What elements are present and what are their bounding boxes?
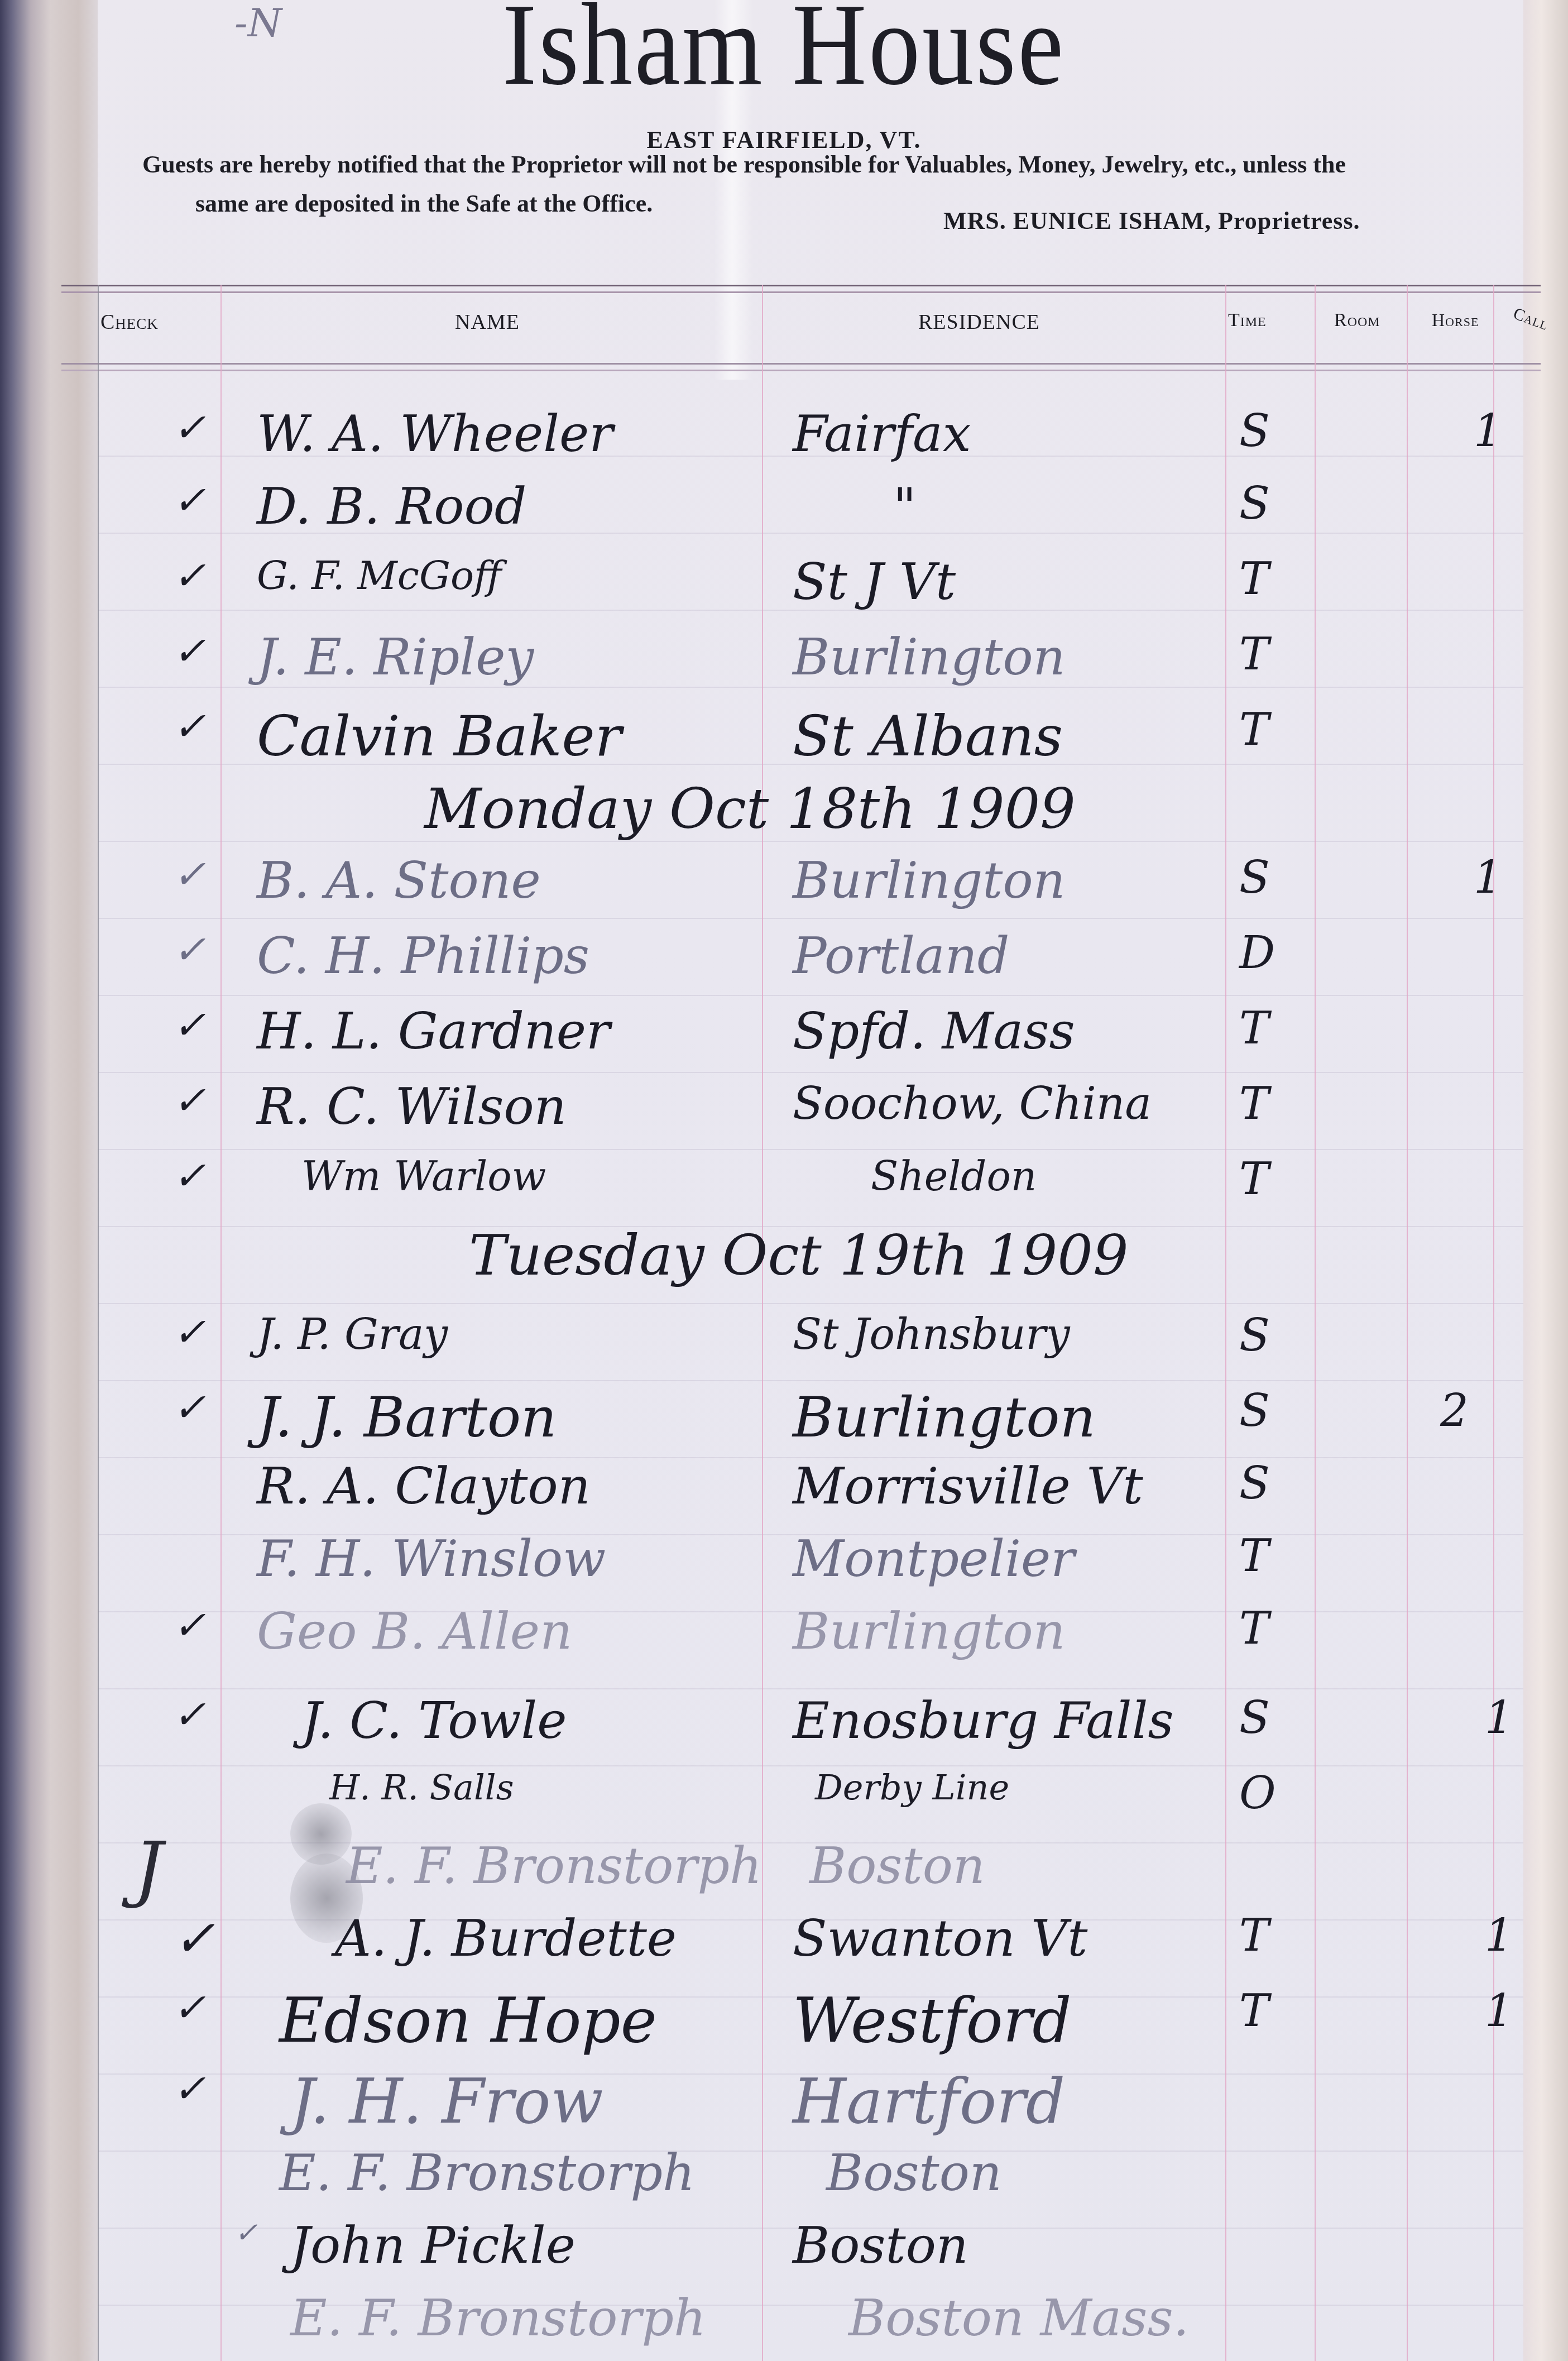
register-entry: ✓ Wm Warlow Sheldon T: [0, 1153, 1568, 1229]
guest-residence: Montpelier: [793, 1530, 1075, 1588]
arrival-time: S: [1239, 1385, 1270, 1436]
arrival-time: T: [1239, 1909, 1269, 1961]
guest-name: Edson Hope: [279, 1985, 657, 2056]
register-entry: ✓ J. P. Gray St Johnsbury S: [0, 1309, 1568, 1385]
column-header-name: NAME: [455, 310, 520, 334]
guest-name: B. A. Stone: [257, 851, 541, 910]
guest-residence: St Albans: [793, 703, 1063, 769]
arrival-time: S: [1239, 477, 1270, 529]
guest-name: G. F. McGoff: [257, 553, 502, 598]
arrival-time: T: [1239, 1602, 1269, 1654]
guest-residence: Soochow, China: [793, 1077, 1152, 1129]
arrival-time: S: [1239, 1309, 1270, 1361]
date-heading: Tuesday Oct 19th 1909: [469, 1223, 1129, 1288]
guest-name: J. E. Ripley: [257, 628, 534, 687]
register-entry: ✓ R. C. Wilson Soochow, China T: [0, 1077, 1568, 1153]
guest-residence: ": [893, 477, 916, 536]
column-header-residence: RESIDENCE: [918, 310, 1040, 334]
guest-name: E. F. Bronstorph: [346, 1837, 762, 1895]
arrival-time: S: [1239, 851, 1270, 903]
register-entry: E. F. Bronstorph Boston: [0, 2144, 1568, 2220]
guest-name: Geo B. Allen: [257, 1602, 572, 1661]
horse-count: 1: [1485, 1909, 1513, 1961]
horse-count: 1: [1474, 405, 1502, 457]
arrival-time: D: [1239, 927, 1275, 979]
arrival-time: S: [1239, 1457, 1270, 1509]
check-mark: ✓: [173, 2066, 206, 2111]
guest-residence: St J Vt: [793, 553, 956, 611]
arrival-time: T: [1239, 1153, 1269, 1205]
column-header-room: Room: [1334, 310, 1380, 331]
header-rule-top: [61, 285, 1541, 293]
guest-residence: Burlington: [793, 851, 1066, 910]
register-entry: ✓ B. A. Stone Burlington S 1: [0, 851, 1568, 927]
guest-residence: Burlington: [793, 1602, 1066, 1661]
check-mark: ✓: [173, 703, 206, 749]
check-mark: ✓: [173, 1077, 206, 1123]
guest-residence: Portland: [793, 927, 1009, 985]
guest-residence: Westford: [793, 1985, 1072, 2056]
check-mark: ✓: [173, 1385, 206, 1430]
guest-name: R. C. Wilson: [257, 1077, 567, 1136]
register-entry: E. F. Bronstorph Boston: [0, 1837, 1568, 1913]
arrival-time: T: [1239, 703, 1269, 755]
check-mark: ✓: [173, 1692, 206, 1737]
register-entry: ✓ W. A. Wheeler Fairfax S 1: [0, 405, 1568, 481]
check-mark: ✓: [173, 851, 206, 897]
arrival-time: T: [1239, 553, 1269, 605]
register-entry: ✓ J. J. Barton Burlington S 2: [0, 1385, 1568, 1460]
register-entry: ✓ C. H. Phillips Portland D: [0, 927, 1568, 1003]
guest-name: J. C. Towle: [301, 1692, 567, 1750]
guest-residence: Derby Line: [815, 1767, 1009, 1808]
check-mark: ✓: [173, 1309, 206, 1355]
arrival-time: S: [1239, 1692, 1270, 1744]
check-mark: ✓: [173, 628, 206, 674]
guest-residence: St Johnsbury: [793, 1309, 1070, 1359]
horse-count: 1: [1485, 1985, 1513, 2037]
check-mark: ✓: [173, 553, 206, 598]
guest-name: D. B. Rood: [257, 477, 526, 536]
guest-name: C. H. Phillips: [257, 927, 589, 985]
arrival-time: T: [1239, 1077, 1269, 1129]
check-mark: ✓: [173, 477, 206, 523]
guest-name: W. A. Wheeler: [257, 405, 613, 463]
column-header-time: Time: [1228, 310, 1267, 331]
check-mark: ✓: [173, 1153, 206, 1199]
guest-name: F. H. Winslow: [257, 1530, 606, 1588]
guest-name: E. F. Bronstorph: [290, 2289, 706, 2348]
guest-name: Calvin Baker: [257, 703, 621, 769]
check-mark: ✓: [173, 1985, 206, 2030]
check-mark: ✓: [173, 927, 206, 973]
guest-residence: Boston Mass.: [848, 2289, 1189, 2348]
check-mark: ✓: [173, 1002, 206, 1048]
register-entry: H. R. Salls Derby Line O: [0, 1767, 1568, 1843]
header-rule-bottom: [61, 363, 1541, 371]
register-entry: ✓ J. H. Frow Hartford: [0, 2066, 1568, 2142]
guest-name: John Pickle: [290, 2216, 576, 2275]
register-entry: ✓ Edson Hope Westford T 1: [0, 1985, 1568, 2061]
arrival-time: T: [1239, 1530, 1269, 1582]
guest-name: J. J. Barton: [257, 1385, 557, 1450]
guest-name: J. P. Gray: [257, 1309, 448, 1359]
guest-name: H. R. Salls: [329, 1767, 514, 1808]
date-heading: Monday Oct 18th 1909: [424, 776, 1076, 841]
column-header-check: Check: [100, 310, 159, 334]
proprietress: MRS. EUNICE ISHAM, Proprietress.: [943, 207, 1360, 235]
guest-residence: Boston: [793, 2216, 968, 2275]
guest-residence: Boston: [809, 1837, 985, 1895]
arrival-time: S: [1239, 405, 1270, 457]
guest-name: J. H. Frow: [290, 2066, 603, 2137]
guest-residence: Spfd. Mass: [793, 1002, 1075, 1061]
register-entry: F. H. Winslow Montpelier T: [0, 1530, 1568, 1606]
guest-residence: Burlington: [793, 628, 1066, 687]
guest-name: H. L. Gardner: [257, 1002, 610, 1061]
guest-residence: Burlington: [793, 1385, 1096, 1450]
arrival-time: O: [1239, 1767, 1276, 1819]
horse-count: 1: [1485, 1692, 1513, 1744]
horse-count: 2: [1440, 1385, 1469, 1436]
register-entry: ✓ G. F. McGoff St J Vt T: [0, 553, 1568, 629]
register-entry: ✓ J. E. Ripley Burlington T: [0, 628, 1568, 704]
guest-name: E. F. Bronstorph: [279, 2144, 695, 2202]
register-entry: ✓ H. L. Gardner Spfd. Mass T: [0, 1002, 1568, 1078]
guest-residence: Fairfax: [793, 405, 971, 463]
notice-line-1: Guests are hereby notified that the Prop…: [142, 145, 1510, 184]
arrival-time: T: [1239, 1002, 1269, 1054]
hotel-title: Isham House: [94, 0, 1474, 112]
check-mark: ✓: [173, 405, 206, 451]
guest-residence: Enosburg Falls: [793, 1692, 1174, 1750]
register-entry: ✓ J. C. Towle Enosburg Falls S 1: [0, 1692, 1568, 1768]
arrival-time: T: [1239, 628, 1269, 680]
margin-note-left: J: [134, 1826, 163, 1910]
check-mark: ✓: [234, 2216, 258, 2249]
register-entry: R. A. Clayton Morrisville Vt S: [0, 1457, 1568, 1533]
guest-name: Wm Warlow: [301, 1153, 546, 1200]
check-mark: ✓: [173, 1602, 206, 1648]
guest-name: A. J. Burdette: [335, 1909, 677, 1968]
guest-residence: Swanton Vt: [793, 1909, 1087, 1968]
register-entry: ✓ Geo B. Allen Burlington T: [0, 1602, 1568, 1678]
column-header-horse: Horse: [1432, 310, 1479, 331]
register-entry: E. F. Bronstorph Boston Mass.: [0, 2289, 1568, 2361]
guest-residence: Hartford: [793, 2066, 1065, 2137]
horse-count: 1: [1474, 851, 1502, 903]
register-entry: ✓ A. J. Burdette Swanton Vt T 1: [0, 1909, 1568, 1985]
guest-residence: Boston: [826, 2144, 1002, 2202]
guest-name: R. A. Clayton: [257, 1457, 591, 1516]
guest-residence: Morrisville Vt: [793, 1457, 1143, 1516]
register-entry: ✓ Calvin Baker St Albans T: [0, 703, 1568, 779]
arrival-time: T: [1239, 1985, 1269, 2037]
register-entry: ✓ D. B. Rood " S: [0, 477, 1568, 553]
guest-residence: Sheldon: [871, 1153, 1037, 1200]
check-mark: ✓: [173, 1909, 215, 1968]
register-entry: ✓ John Pickle Boston: [0, 2216, 1568, 2292]
margin-note-top: -N: [234, 0, 282, 46]
